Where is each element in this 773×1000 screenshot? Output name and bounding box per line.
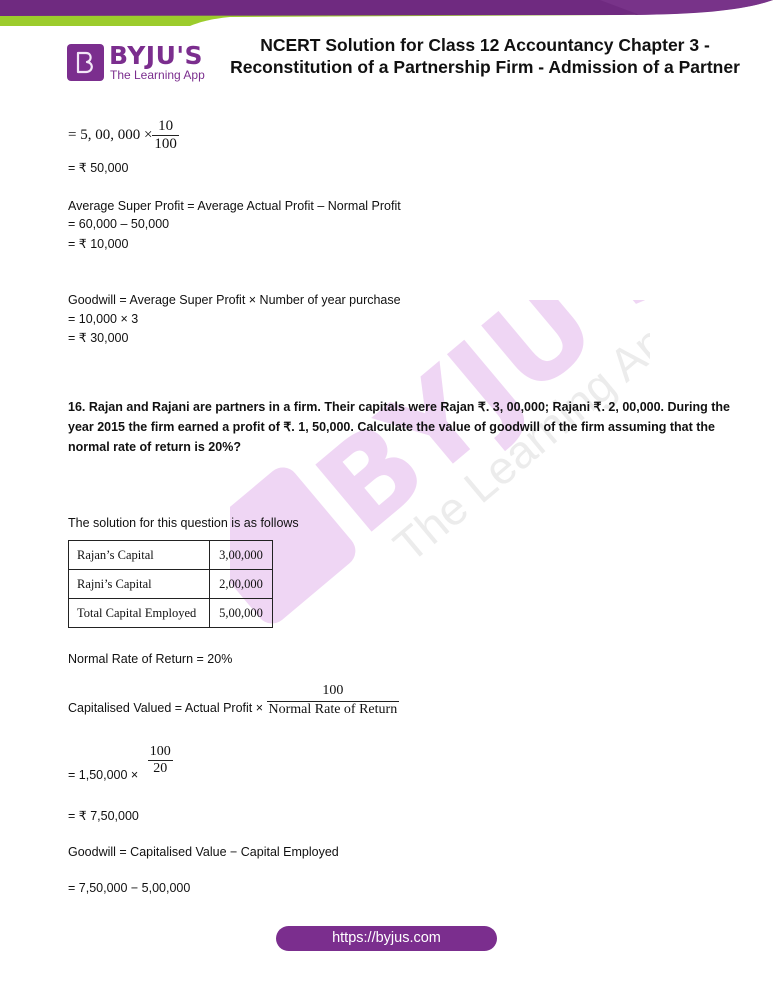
super-profit-calc: = 60,000 – 50,000 — [68, 217, 169, 231]
table-cell-label: Total Capital Employed — [69, 599, 210, 628]
super-profit-result: = ₹ 10,000 — [68, 236, 128, 251]
normal-rate-of-return: Normal Rate of Return = 20% — [68, 652, 232, 666]
table-cell-label: Rajan’s Capital — [69, 541, 210, 570]
fraction: 10100 — [152, 118, 179, 153]
page-title-line-2: Reconstitution of a Partnership Firm - A… — [215, 56, 755, 78]
fraction: 10020 — [148, 744, 173, 777]
byjus-b-icon — [67, 44, 104, 81]
footer-url-link[interactable]: https://byjus.com — [276, 926, 497, 951]
page-title: NCERT Solution for Class 12 Accountancy … — [215, 34, 755, 78]
table-row: Rajni’s Capital 2,00,000 — [69, 570, 273, 599]
goodwill-result: = ₹ 30,000 — [68, 330, 128, 345]
goodwill-formula: Goodwill = Average Super Profit × Number… — [68, 293, 401, 307]
goodwill-formula-2: Goodwill = Capitalised Value − Capital E… — [68, 845, 339, 859]
brand-name: BYJU'S — [109, 41, 203, 70]
table-row: Total Capital Employed 5,00,000 — [69, 599, 273, 628]
byjus-watermark: BYJU'S The Learning App — [230, 300, 650, 690]
header-decorative-band — [0, 0, 773, 28]
goodwill-calc: = 10,000 × 3 — [68, 312, 138, 326]
question-16: 16. Rajan and Rajani are partners in a f… — [68, 397, 738, 457]
normal-profit-calc: = 5, 00, 000 ×10100 — [68, 118, 179, 153]
capitalised-value-calc: = 1,50,000 × 10020 — [68, 744, 173, 785]
table-cell-value: 3,00,000 — [210, 541, 273, 570]
solution-intro: The solution for this question is as fol… — [68, 516, 299, 530]
table-cell-label: Rajni’s Capital — [69, 570, 210, 599]
fraction: 100Normal Rate of Return — [267, 683, 400, 718]
capital-table: Rajan’s Capital 3,00,000 Rajni’s Capital… — [68, 540, 273, 628]
table-cell-value: 2,00,000 — [210, 570, 273, 599]
table-row: Rajan’s Capital 3,00,000 — [69, 541, 273, 570]
capitalised-value-result: = ₹ 7,50,000 — [68, 808, 139, 823]
goodwill-calc-2: = 7,50,000 − 5,00,000 — [68, 881, 190, 895]
brand-tagline: The Learning App — [110, 68, 205, 82]
page-title-line-1: NCERT Solution for Class 12 Accountancy … — [215, 34, 755, 56]
table-cell-value: 5,00,000 — [210, 599, 273, 628]
normal-profit-result: = ₹ 50,000 — [68, 160, 128, 175]
super-profit-formula: Average Super Profit = Average Actual Pr… — [68, 199, 401, 213]
capitalised-value-formula: Capitalised Valued = Actual Profit × 100… — [68, 683, 399, 718]
byjus-logo: BYJU'S The Learning App — [67, 44, 202, 84]
